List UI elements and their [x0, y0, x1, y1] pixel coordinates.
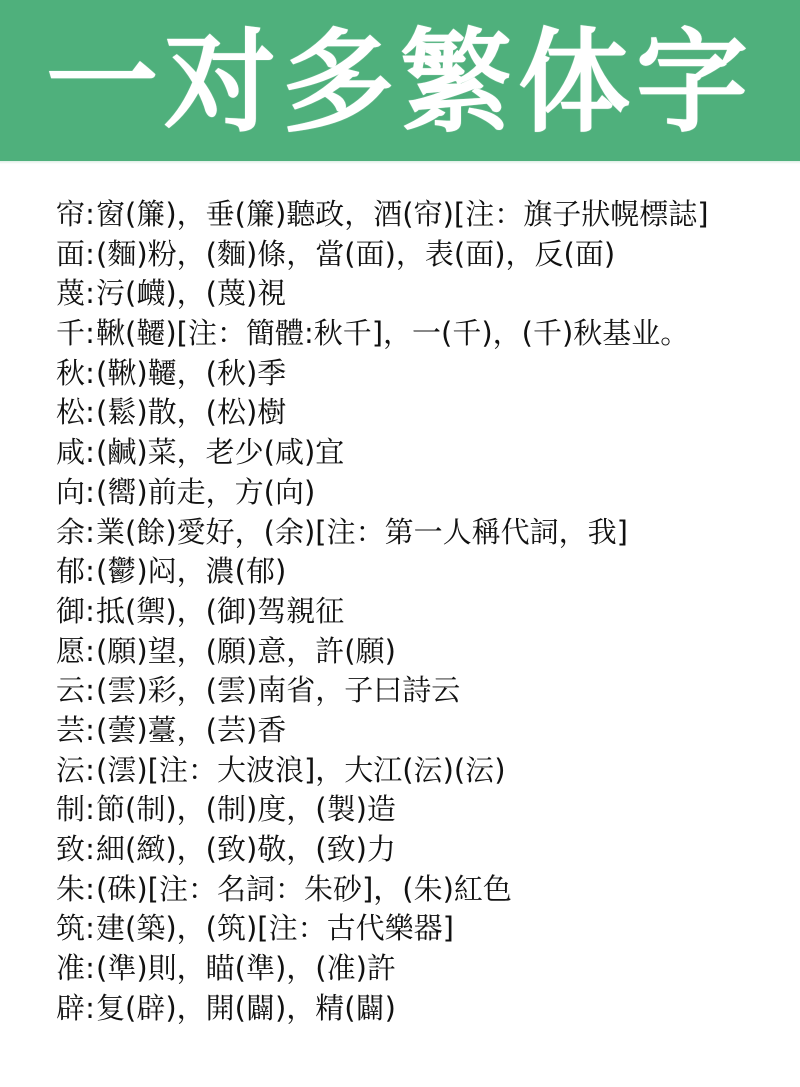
list-item: 向:(嚮)前走，方(向): [56, 473, 786, 513]
separator: :: [84, 830, 96, 870]
simplified-char: 朱: [56, 870, 85, 910]
traditional-examples: (嚮)前走，方(向): [96, 473, 315, 513]
simplified-char: 蔑: [56, 274, 85, 314]
separator: :: [84, 235, 96, 275]
separator: :: [84, 592, 96, 632]
separator: :: [84, 274, 96, 314]
simplified-char: 御: [56, 592, 85, 632]
simplified-char: 准: [56, 949, 85, 989]
separator: :: [84, 473, 96, 513]
traditional-examples: (鞦)韆，(秋)季: [96, 354, 286, 394]
list-item: 松:(鬆)散，(松)樹: [56, 393, 786, 433]
simplified-char: 咸: [56, 433, 85, 473]
traditional-examples: (願)望，(願)意，許(願): [96, 632, 396, 672]
traditional-examples: 污(衊)，(蔑)視: [96, 274, 286, 314]
list-item: 郁:(鬱)闷，濃(郁): [56, 552, 786, 592]
traditional-examples: (準)則，瞄(準)，(准)許: [96, 949, 396, 989]
traditional-examples: (硃)[注：名詞：朱砂]，(朱)紅色: [96, 870, 512, 910]
traditional-examples: 窗(簾)，垂(簾)聽政，酒(帘)[注：旗子狀幌標誌]: [96, 195, 709, 235]
traditional-examples: (鬱)闷，濃(郁): [96, 552, 286, 592]
list-item: 帘:窗(簾)，垂(簾)聽政，酒(帘)[注：旗子狀幌標誌]: [56, 195, 786, 235]
simplified-char: 芸: [56, 711, 85, 751]
separator: :: [84, 393, 96, 433]
list-item: 致:細(緻)，(致)敬，(致)力: [56, 830, 786, 870]
simplified-char: 千: [56, 314, 85, 354]
list-item: 云:(雲)彩，(雲)南省，子曰詩云: [56, 671, 786, 711]
list-item: 蔑:污(衊)，(蔑)視: [56, 274, 786, 314]
simplified-char: 云: [56, 671, 85, 711]
simplified-char: 余: [56, 513, 85, 553]
character-list: 帘:窗(簾)，垂(簾)聽政，酒(帘)[注：旗子狀幌標誌] 面:(麵)粉，(麵)條…: [56, 195, 786, 1028]
simplified-char: 帘: [56, 195, 85, 235]
separator: :: [84, 711, 96, 751]
traditional-examples: (鬆)散，(松)樹: [96, 393, 286, 433]
separator: :: [84, 751, 96, 791]
simplified-char: 沄: [56, 751, 85, 791]
traditional-examples: (麵)粉，(麵)條，當(面)，表(面)，反(面): [96, 235, 615, 275]
traditional-examples: 節(制)，(制)度，(製)造: [96, 790, 396, 830]
list-item: 制:節(制)，(制)度，(製)造: [56, 790, 786, 830]
separator: :: [84, 354, 96, 394]
list-item: 芸:(蕓)薹，(芸)香: [56, 711, 786, 751]
list-item: 面:(麵)粉，(麵)條，當(面)，表(面)，反(面): [56, 235, 786, 275]
simplified-char: 郁: [56, 552, 85, 592]
simplified-char: 秋: [56, 354, 85, 394]
separator: :: [84, 552, 96, 592]
traditional-examples: 复(辟)，開(闢)，精(闢): [96, 989, 396, 1029]
title-banner: 一对多繁体字: [0, 0, 800, 161]
separator: :: [84, 989, 96, 1029]
page-title: 一对多繁体字: [46, 27, 754, 139]
simplified-char: 愿: [56, 632, 85, 672]
list-item: 辟:复(辟)，開(闢)，精(闢): [56, 989, 786, 1029]
traditional-examples: 鞦(韆)[注：簡體:秋千]，一(千)，(千)秋基业。: [96, 314, 689, 354]
traditional-examples: (雲)彩，(雲)南省，子曰詩云: [96, 671, 460, 711]
separator: :: [84, 314, 96, 354]
list-item: 秋:(鞦)韆，(秋)季: [56, 354, 786, 394]
traditional-examples: 抵(禦)，(御)驾親征: [96, 592, 344, 632]
traditional-examples: (蕓)薹，(芸)香: [96, 711, 286, 751]
separator: :: [84, 671, 96, 711]
list-item: 沄:(澐)[注：大波浪]，大江(沄)(沄): [56, 751, 786, 791]
list-item: 愿:(願)望，(願)意，許(願): [56, 632, 786, 672]
simplified-char: 面: [56, 235, 85, 275]
simplified-char: 致: [56, 830, 85, 870]
separator: :: [84, 513, 96, 553]
simplified-char: 筑: [56, 909, 85, 949]
list-item: 筑:建(築)，(筑)[注：古代樂器]: [56, 909, 786, 949]
simplified-char: 制: [56, 790, 85, 830]
traditional-examples: (鹹)菜，老少(咸)宜: [96, 433, 344, 473]
separator: :: [84, 949, 96, 989]
banner-divider: [0, 161, 800, 164]
list-item: 余:業(餘)愛好，(余)[注：第一人稱代詞，我]: [56, 513, 786, 553]
separator: :: [84, 909, 96, 949]
list-item: 朱:(硃)[注：名詞：朱砂]，(朱)紅色: [56, 870, 786, 910]
traditional-examples: (澐)[注：大波浪]，大江(沄)(沄): [96, 751, 506, 791]
traditional-examples: 細(緻)，(致)敬，(致)力: [96, 830, 396, 870]
traditional-examples: 建(築)，(筑)[注：古代樂器]: [96, 909, 454, 949]
separator: :: [84, 195, 96, 235]
list-item: 准:(準)則，瞄(準)，(准)許: [56, 949, 786, 989]
simplified-char: 松: [56, 393, 85, 433]
simplified-char: 辟: [56, 989, 85, 1029]
simplified-char: 向: [56, 473, 85, 513]
list-item: 咸:(鹹)菜，老少(咸)宜: [56, 433, 786, 473]
list-item: 御:抵(禦)，(御)驾親征: [56, 592, 786, 632]
separator: :: [84, 632, 96, 672]
list-item: 千:鞦(韆)[注：簡體:秋千]，一(千)，(千)秋基业。: [56, 314, 786, 354]
traditional-examples: 業(餘)愛好，(余)[注：第一人稱代詞，我]: [96, 513, 628, 553]
separator: :: [84, 870, 96, 910]
separator: :: [84, 433, 96, 473]
separator: :: [84, 790, 96, 830]
